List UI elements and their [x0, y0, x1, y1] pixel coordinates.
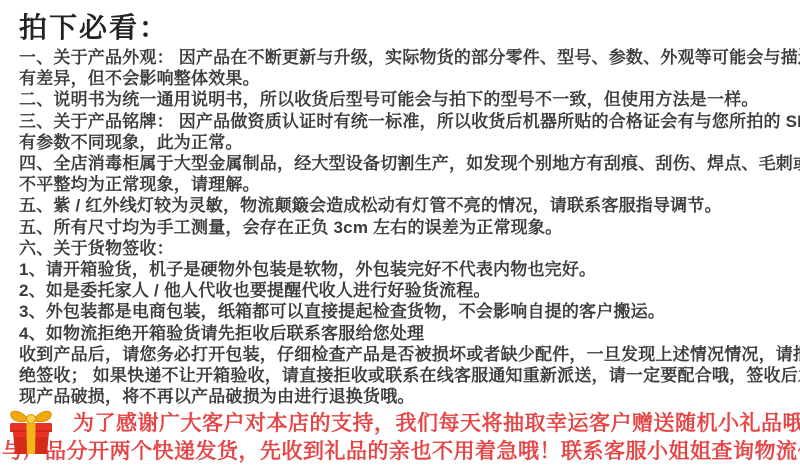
- notice-line: 4、如物流拒绝开箱验货请先拒收后联系客服给您处理: [19, 323, 800, 344]
- notice-line: 有参数不同现象，此为正常。: [19, 132, 800, 153]
- notice-line: 有差异，但不会影响整体效果。: [19, 68, 800, 89]
- gift-promo-section: 为了感谢广大客户对本店的支持，我们每天将抽取幸运客户赠送随机小礼品哦，礼品 与产…: [0, 410, 800, 470]
- notice-line: 绝签收； 如果快递不让开箱验收，请直接拒收或联系在线客服通知重新派送，请一定要配…: [19, 365, 800, 386]
- notice-line: 四、全店消毒柜属于大型金属制品，经大型设备切割生产，如发现个别地方有刮痕、刮伤、…: [19, 153, 800, 174]
- notice-line: 收到产品后，请您务必打开包装，仔细检查产品是否被损坏或者缺少配件，一旦发现上述情…: [19, 344, 800, 365]
- notice-line: 五、紫 / 红外线灯较为灵敏，物流颠簸会造成松动有灯管不亮的情况，请联系客服指导…: [19, 195, 800, 216]
- notice-line: 五、所有尺寸均为手工测量，会存在正负 3cm 左右的误差为正常现象。: [19, 217, 800, 238]
- notice-page: 拍下必看： 一、关于产品外观： 因产品在不断更新与升级，实际物货的部分零件、型号…: [0, 0, 800, 470]
- gift-promo-line: 为了感谢广大客户对本店的支持，我们每天将抽取幸运客户赠送随机小礼品哦，礼品: [73, 410, 800, 438]
- notice-line: 一、关于产品外观： 因产品在不断更新与升级，实际物货的部分零件、型号、参数、外观…: [19, 47, 800, 68]
- notice-line: 1、请开箱验货，机子是硬物外包装是软物，外包装完好不代表内物也完好。: [19, 259, 800, 280]
- notice-line: 六、关于货物签收：: [19, 238, 800, 259]
- notice-line: 2、如是委托家人 / 他人代收也要提醒代收人进行好验货流程。: [19, 280, 800, 301]
- notice-line: 3、外包装都是电商包装，纸箱都可以直接提起检查货物，不会影响自提的客户搬运。: [19, 301, 800, 322]
- notice-line: 三、关于产品铭牌： 因产品做资质认证时有统一标准，所以收货后机器所贴的合格证会有…: [19, 111, 800, 132]
- notice-line: 现产品破损，将不再以产品破损为由进行退换货哦。: [19, 386, 800, 407]
- notice-line: 二、说明书为统一通用说明书，所以收货后型号可能会与拍下的型号不一致，但使用方法是…: [19, 89, 800, 110]
- gift-box-icon: [5, 406, 57, 456]
- page-title: 拍下必看：: [19, 11, 800, 45]
- gift-promo-line: 与产品分开两个快递发货，先收到礼品的亲也不用着急哦！联系客服小姐姐查询物流信息哦…: [2, 438, 800, 466]
- notice-body: 一、关于产品外观： 因产品在不断更新与升级，实际物货的部分零件、型号、参数、外观…: [19, 47, 800, 407]
- notice-line: 不平整均为正常现象，请理解。: [19, 174, 800, 195]
